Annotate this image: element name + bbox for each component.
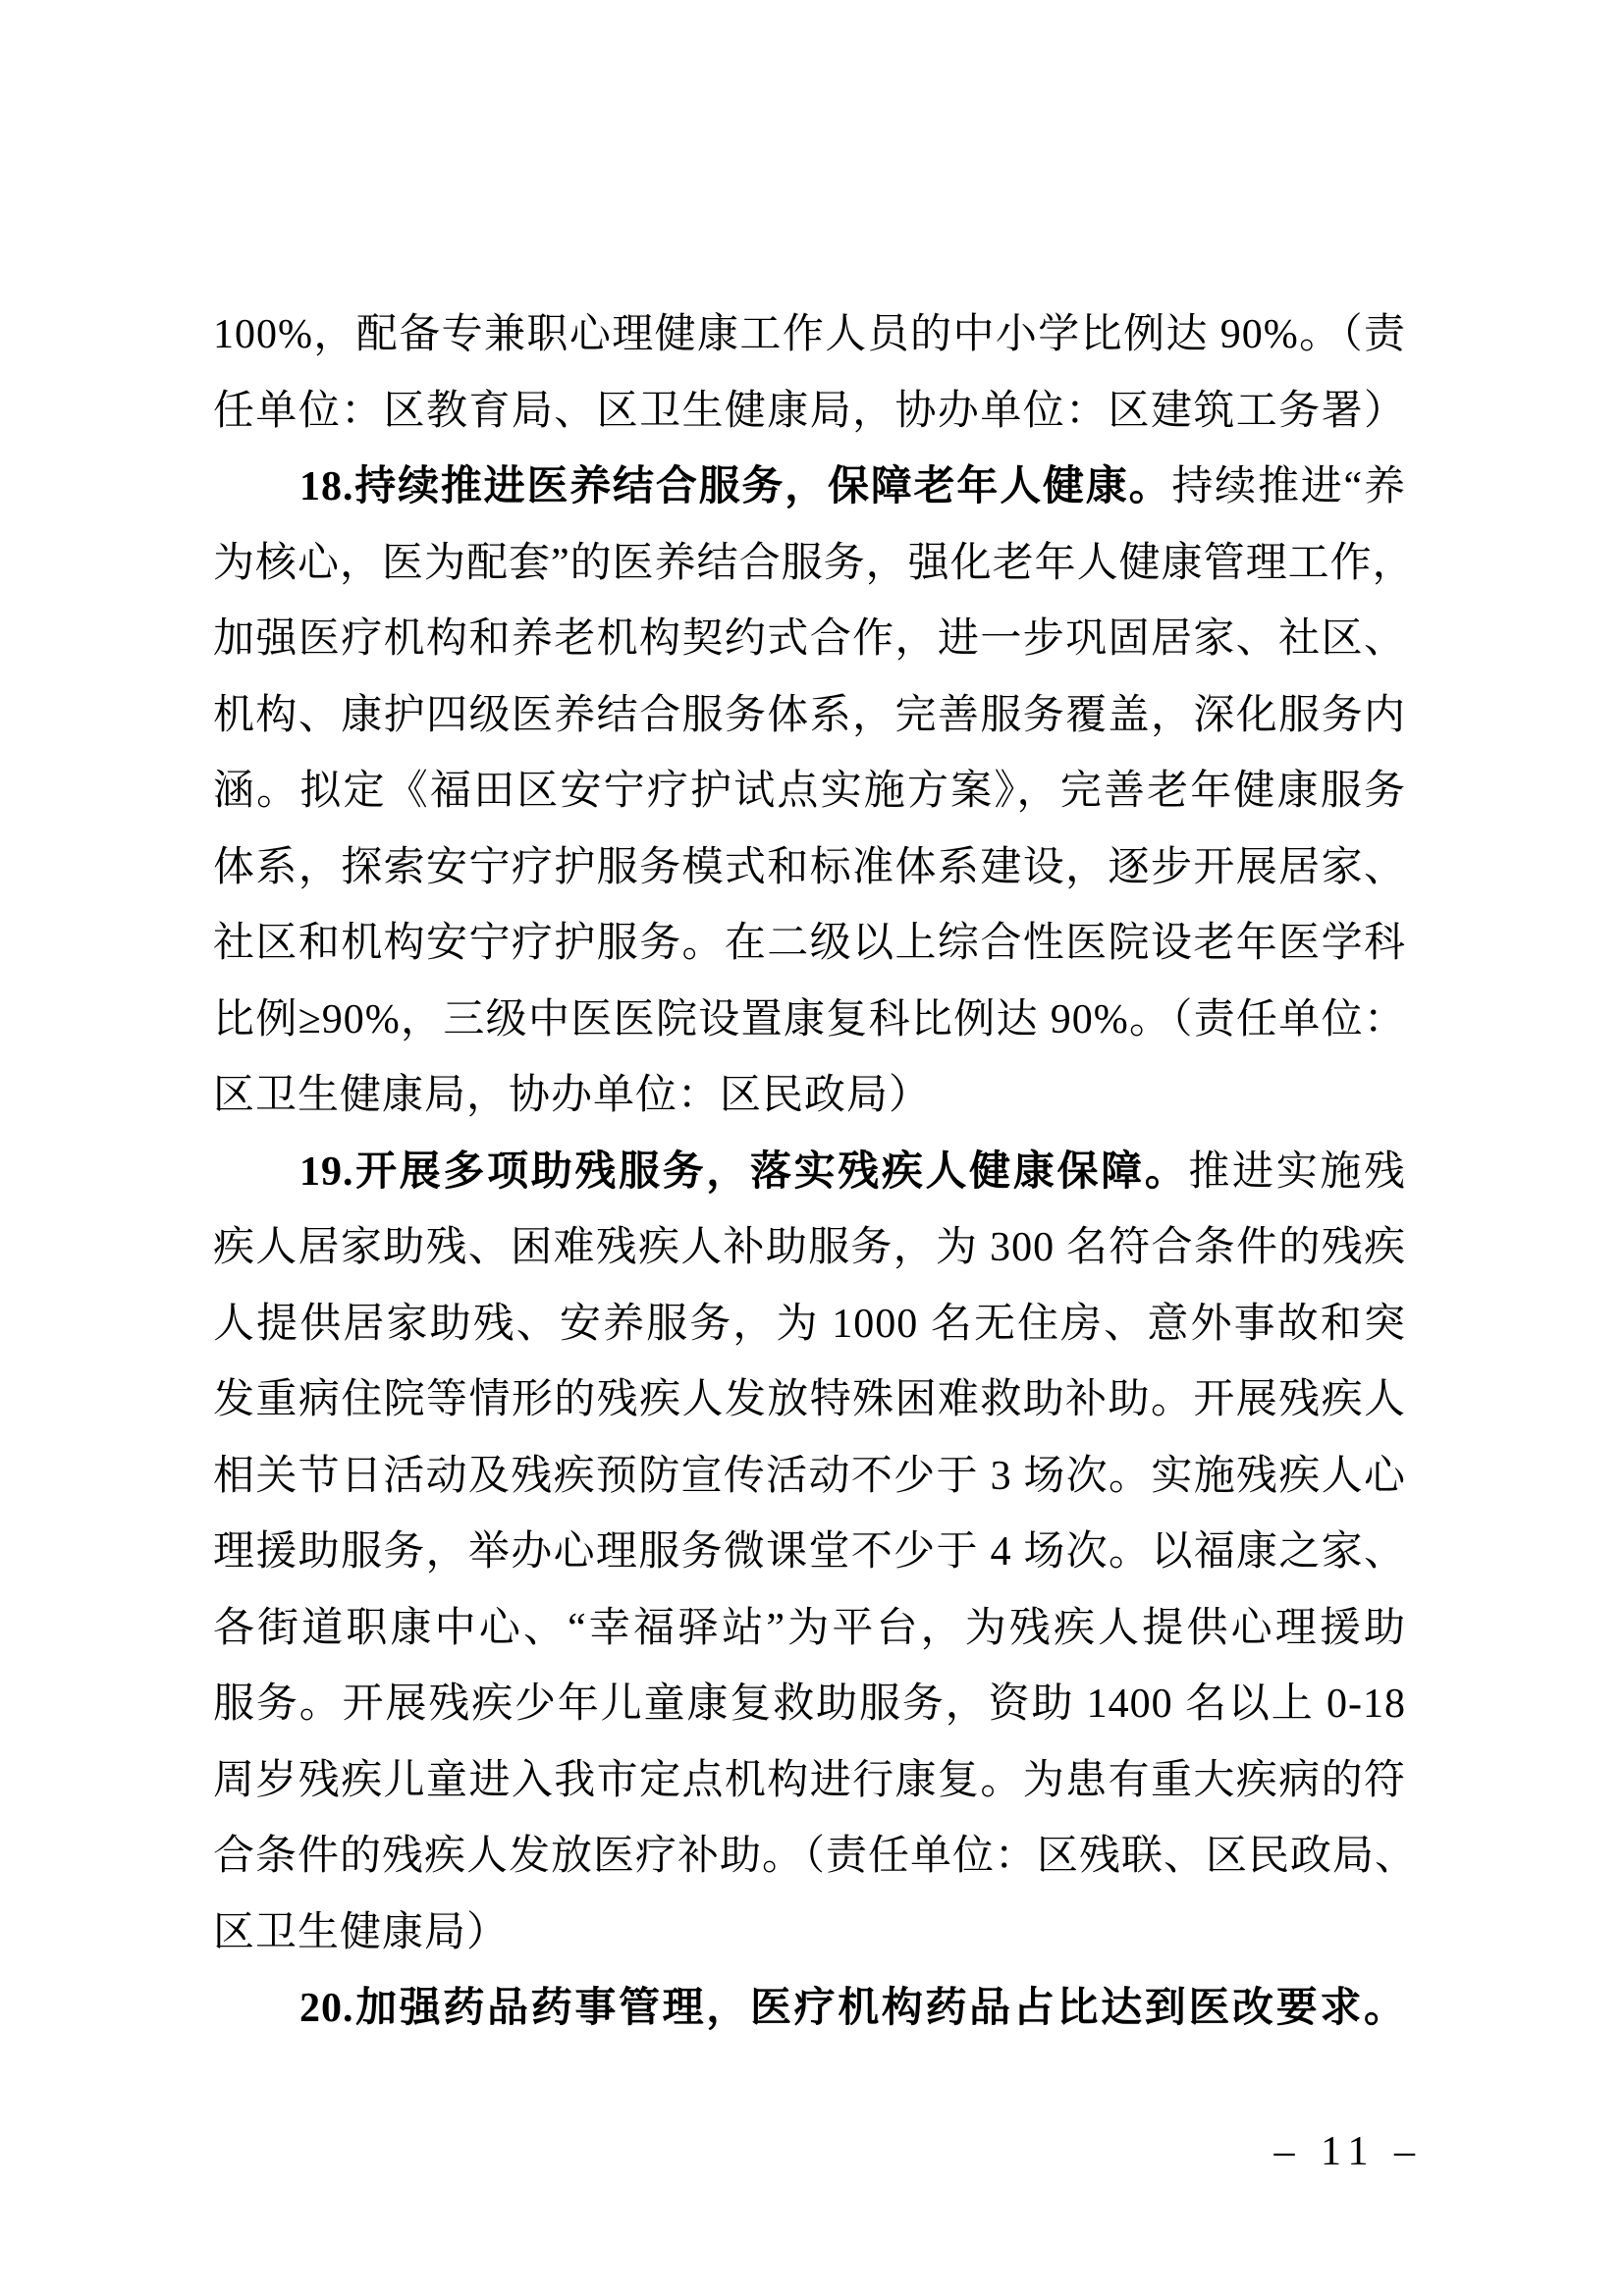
paragraph-20-heading-line: 20.加强药品药事管理，医疗机构药品占比达到医改要求。 — [213, 1971, 1406, 2048]
text-run: 100%，配备专兼职心理健康工作人员的中小学比例达 90%。（责 — [213, 312, 1406, 357]
text-run: 周岁残疾儿童进入我市定点机构进行康复。为患有重大疾病的符 — [213, 1758, 1406, 1803]
document-body: 100%，配备专兼职心理健康工作人员的中小学比例达 90%。（责 任单位：区教育… — [213, 297, 1406, 2048]
text-line: 机构、康护四级医养结合服务体系，完善服务覆盖，深化服务内 — [213, 678, 1406, 755]
text-run: 加强医疗机构和养老机构契约式合作，进一步巩固居家、社区、 — [213, 616, 1406, 662]
text-run: 任单位：区教育局、区卫生健康局，协办单位：区建筑工务署） — [213, 389, 1406, 434]
text-run: 社区和机构安宁疗护服务。在二级以上综合性医院设老年医学科 — [213, 921, 1406, 966]
paragraph-19-heading-line: 19.开展多项助残服务，落实残疾人健康保障。推进实施残 — [213, 1135, 1406, 1211]
text-run: 推进实施残 — [1188, 1149, 1406, 1195]
text-run: 持续推进“养 — [1171, 464, 1406, 509]
text-line: 任单位：区教育局、区卫生健康局，协办单位：区建筑工务署） — [213, 374, 1406, 451]
text-line: 区卫生健康局，协办单位：区民政局） — [213, 1058, 1406, 1135]
text-run: 疾人居家助残、困难残疾人补助服务，为 300 名符合条件的残疾 — [213, 1225, 1406, 1270]
text-line: 100%，配备专兼职心理健康工作人员的中小学比例达 90%。（责 — [213, 297, 1406, 374]
text-line: 各街道职康中心、“幸福驿站”为平台，为残疾人提供心理援助 — [213, 1591, 1406, 1668]
document-page: 100%，配备专兼职心理健康工作人员的中小学比例达 90%。（责 任单位：区教育… — [0, 0, 1624, 2296]
bold-run: 20.加强药品药事管理，医疗机构药品占比达到医改要求。 — [299, 1986, 1406, 2031]
text-line: 为核心，医为配套”的医养结合服务，强化老年人健康管理工作， — [213, 526, 1406, 603]
text-run: 人提供居家助残、安养服务，为 1000 名无住房、意外事故和突 — [213, 1302, 1406, 1347]
text-line: 相关节日活动及残疾预防宣传活动不少于 3 场次。实施残疾人心 — [213, 1439, 1406, 1516]
text-line: 区卫生健康局） — [213, 1896, 1406, 1972]
page-number: – 11 – — [1274, 2128, 1423, 2175]
bold-run: 18.持续推进医养结合服务，保障老年人健康。 — [299, 464, 1171, 509]
text-run: 服务。开展残疾少年儿童康复救助服务，资助 1400 名以上 0-18 — [213, 1682, 1406, 1727]
text-line: 社区和机构安宁疗护服务。在二级以上综合性医院设老年医学科 — [213, 906, 1406, 983]
paragraph-18-heading-line: 18.持续推进医养结合服务，保障老年人健康。持续推进“养 — [213, 450, 1406, 526]
text-run: 体系，探索安宁疗护服务模式和标准体系建设，逐步开展居家、 — [213, 845, 1406, 890]
text-run: 区卫生健康局） — [213, 1910, 509, 1955]
text-run: 发重病住院等情形的残疾人发放特殊困难救助补助。开展残疾人 — [213, 1377, 1406, 1422]
bold-run: 19.开展多项助残服务，落实残疾人健康保障。 — [299, 1149, 1188, 1195]
text-line: 涵。拟定《福田区安宁疗护试点实施方案》，完善老年健康服务 — [213, 754, 1406, 830]
text-run: 区卫生健康局，协办单位：区民政局） — [213, 1073, 931, 1118]
text-line: 理援助服务，举办心理服务微课堂不少于 4 场次。以福康之家、 — [213, 1515, 1406, 1591]
text-line: 合条件的残疾人发放医疗补助。（责任单位：区残联、区民政局、 — [213, 1819, 1406, 1896]
text-line: 加强医疗机构和养老机构契约式合作，进一步巩固居家、社区、 — [213, 602, 1406, 678]
text-run: 各街道职康中心、“幸福驿站”为平台，为残疾人提供心理援助 — [213, 1606, 1406, 1651]
text-run: 比例≥90%，三级中医医院设置康复科比例达 90%。（责任单位： — [213, 997, 1406, 1042]
text-line: 服务。开展残疾少年儿童康复救助服务，资助 1400 名以上 0-18 — [213, 1667, 1406, 1743]
text-line: 疾人居家助残、困难残疾人补助服务，为 300 名符合条件的残疾 — [213, 1210, 1406, 1287]
text-line: 体系，探索安宁疗护服务模式和标准体系建设，逐步开展居家、 — [213, 830, 1406, 907]
text-run: 涵。拟定《福田区安宁疗护试点实施方案》，完善老年健康服务 — [213, 769, 1406, 814]
text-line: 比例≥90%，三级中医医院设置康复科比例达 90%。（责任单位： — [213, 983, 1406, 1059]
text-line: 人提供居家助残、安养服务，为 1000 名无住房、意外事故和突 — [213, 1287, 1406, 1363]
text-line: 周岁残疾儿童进入我市定点机构进行康复。为患有重大疾病的符 — [213, 1743, 1406, 1820]
text-run: 相关节日活动及残疾预防宣传活动不少于 3 场次。实施残疾人心 — [213, 1454, 1406, 1499]
text-run: 机构、康护四级医养结合服务体系，完善服务覆盖，深化服务内 — [213, 693, 1406, 738]
text-line: 发重病住院等情形的残疾人发放特殊困难救助补助。开展残疾人 — [213, 1362, 1406, 1439]
text-run: 合条件的残疾人发放医疗补助。（责任单位：区残联、区民政局、 — [213, 1834, 1417, 1879]
text-run: 理援助服务，举办心理服务微课堂不少于 4 场次。以福康之家、 — [213, 1529, 1406, 1575]
text-run: 为核心，医为配套”的医养结合服务，强化老年人健康管理工作， — [213, 541, 1415, 586]
